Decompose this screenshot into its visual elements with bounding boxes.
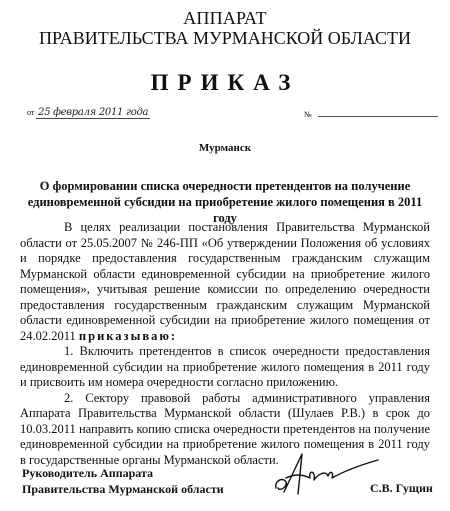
handwritten-date: 25 февраля 2011 года (36, 107, 150, 119)
order-item-1: 1. Включить претендентов в список очеред… (20, 344, 430, 391)
signer-position-line2: Правительства Мурманской области (22, 481, 224, 497)
document-type-title: ПРИКАЗ (0, 70, 450, 96)
city-label: Мурманск (0, 142, 450, 154)
signature-icon (272, 448, 382, 503)
signer-name: С.В. Гущин (370, 481, 433, 496)
subject-line-1: О формировании списка очередности претен… (20, 178, 430, 194)
document-subject: О формировании списка очередности претен… (20, 178, 430, 226)
order-word: приказываю: (79, 329, 177, 343)
org-name-line2: ПРАВИТЕЛЬСТВА МУРМАНСКОЙ ОБЛАСТИ (0, 28, 450, 48)
number-label: № (304, 110, 312, 119)
signer-position: Руководитель Аппарата Правительства Мурм… (22, 465, 224, 497)
number-field: № (304, 108, 438, 119)
date-prefix: от (27, 108, 34, 117)
preamble-paragraph: В целях реализации постановления Правите… (20, 220, 430, 344)
number-blank-line (318, 108, 438, 117)
document-body: В целях реализации постановления Правите… (20, 220, 430, 468)
date-field: от 25 февраля 2011 года (27, 107, 150, 118)
signer-position-line1: Руководитель Аппарата (22, 465, 224, 481)
preamble-text: В целях реализации постановления Правите… (20, 220, 430, 343)
org-name-line1: АППАРАТ (0, 8, 450, 28)
